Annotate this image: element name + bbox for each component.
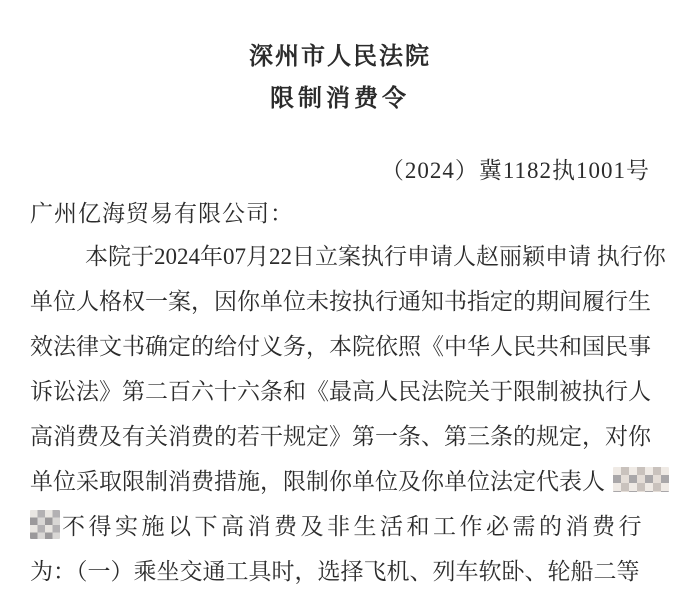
addressee-company-name: 广州亿海贸易有限公司： xyxy=(30,199,650,229)
court-name: 深州市人民法院 xyxy=(30,42,650,72)
body-line: 单位人格权一案，因你单位未按执行通知书指定的期间履行生 xyxy=(30,279,650,324)
court-order-document: 深州市人民法院 限制消费令 （2024）冀1182执1001号 广州亿海贸易有限… xyxy=(0,0,678,591)
body-line-text: 效法律文书确定的给付义务，本院依照《中华人民共和国民事 xyxy=(30,334,651,359)
body-line-text: 诉讼法》第二百六十六条和《最高人民法院关于限制被执行人 xyxy=(30,379,651,404)
order-body: 本院于2024年07月22日立案执行申请人赵丽颖申请 执行你 单位人格权一案，因… xyxy=(30,234,650,591)
redaction-blur-legal-rep-name-continued xyxy=(30,510,60,539)
body-line-text: 为：（一）乘坐交通工具时，选择飞机、列车软卧、轮船二等 xyxy=(30,559,640,584)
body-line-text: 本院于2024年07月22日立案执行申请人赵丽颖申请 执行你 xyxy=(85,244,666,269)
case-number: （2024）冀1182执1001号 xyxy=(30,156,650,186)
body-line: 为：（一）乘坐交通工具时，选择飞机、列车软卧、轮船二等 xyxy=(30,549,650,591)
body-line-text: 不得实施以下高消费及非生活和工作必需的消费行 xyxy=(62,514,645,539)
body-line: 高消费及有关消费的若干规定》第一条、第三条的规定，对你 xyxy=(30,414,650,459)
body-line: 本院于2024年07月22日立案执行申请人赵丽颖申请 执行你 xyxy=(30,234,650,279)
body-line-text: 单位采取限制消费措施，限制你单位及你单位法定代表人 xyxy=(30,469,605,494)
body-line: 不得实施以下高消费及非生活和工作必需的消费行 xyxy=(30,504,650,549)
order-title: 限制消费令 xyxy=(30,84,650,114)
body-line: 单位采取限制消费措施，限制你单位及你单位法定代表人 xyxy=(30,459,650,504)
body-line: 诉讼法》第二百六十六条和《最高人民法院关于限制被执行人 xyxy=(30,369,650,414)
body-line: 效法律文书确定的给付义务，本院依照《中华人民共和国民事 xyxy=(30,324,650,369)
body-line-text: 单位人格权一案，因你单位未按执行通知书指定的期间履行生 xyxy=(30,289,651,314)
redaction-blur-legal-rep-name xyxy=(613,467,669,492)
body-line-text: 高消费及有关消费的若干规定》第一条、第三条的规定，对你 xyxy=(30,424,651,449)
